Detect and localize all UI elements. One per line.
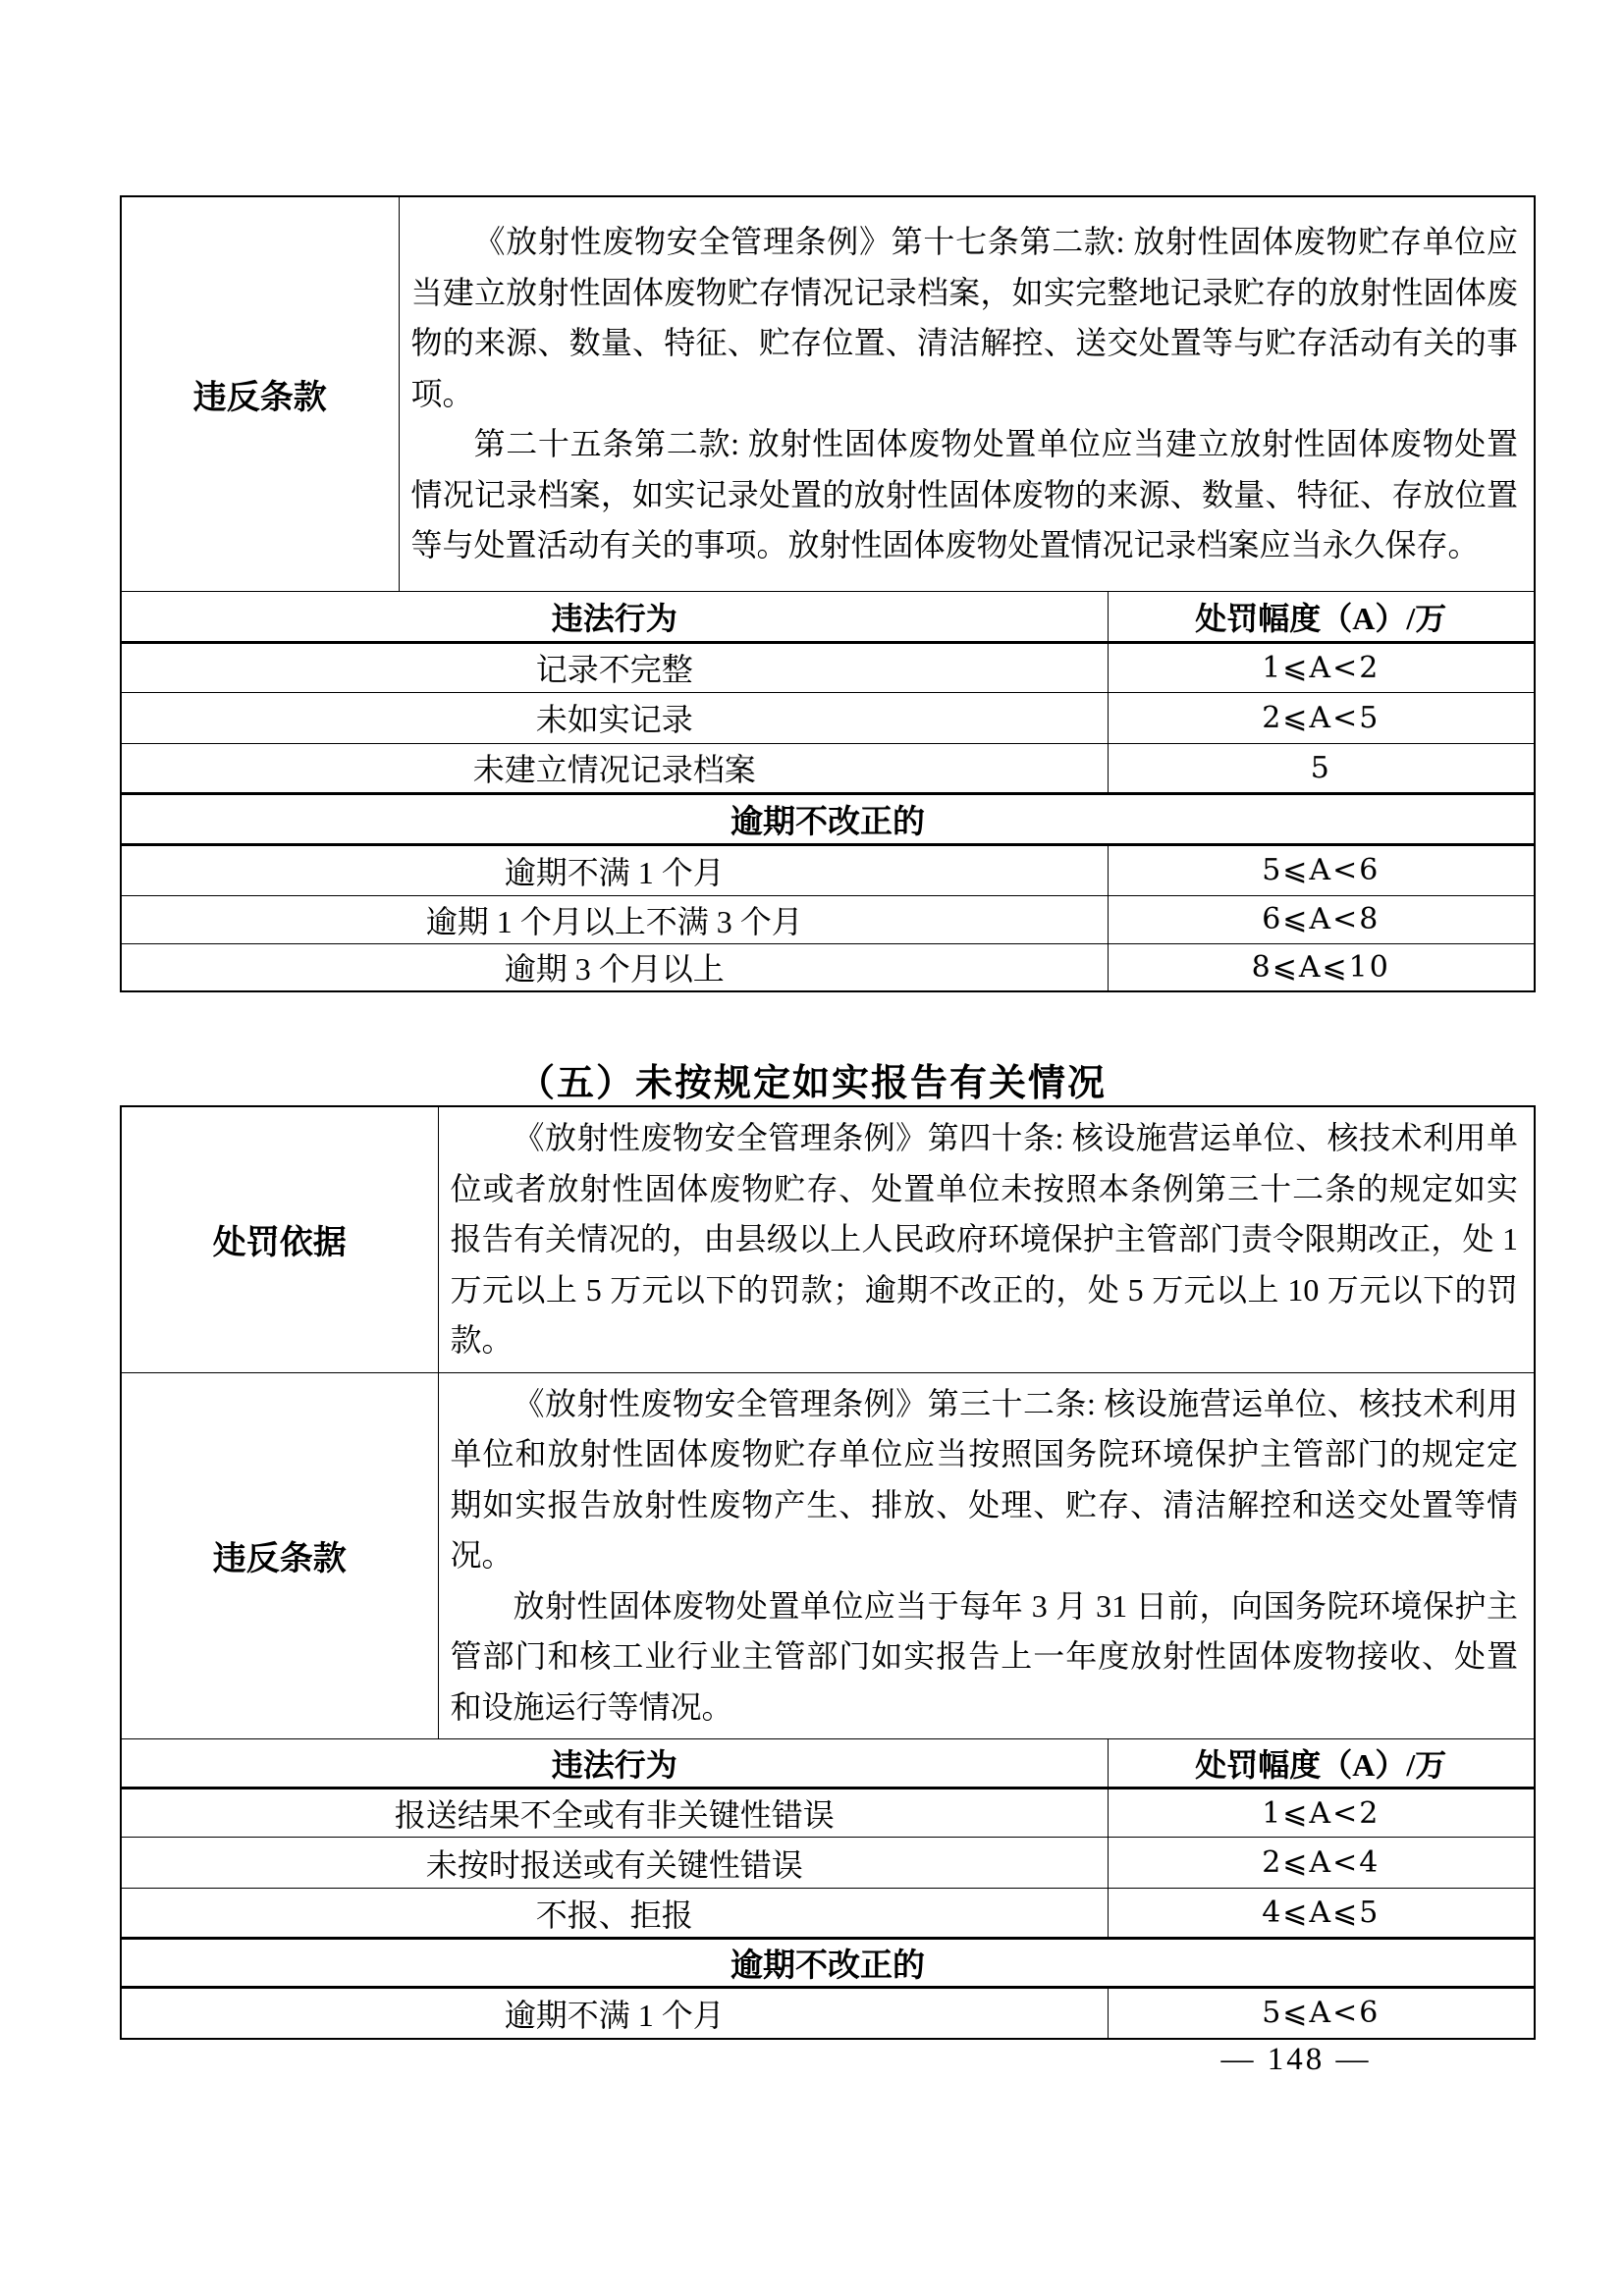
section-title: （五）未按规定如实报告有关情况 [0, 1052, 1624, 1106]
clause-text-cell: 《放射性废物安全管理条例》第十七条第二款: 放射性固体废物贮存单位应当建立放射性… [399, 196, 1535, 591]
column-header-range: 处罚幅度（A）/万 [1108, 1739, 1535, 1789]
range-cell: 2⩽A<4 [1108, 1838, 1535, 1889]
table-row: 未如实记录 2⩽A<5 [121, 692, 1535, 743]
clause-paragraph: 《放射性废物安全管理条例》第三十二条: 核设施营运单位、核技术利用单位和放射性固… [451, 1379, 1519, 1581]
overdue-section-row: 逾期不改正的 [121, 1939, 1535, 1988]
table-row: 逾期 3 个月以上 8⩽A⩽10 [121, 943, 1535, 991]
range-cell: 5⩽A<6 [1108, 1988, 1535, 2039]
basis-paragraph: 《放射性废物安全管理条例》第四十条: 核设施营运单位、核技术利用单位或者放射性固… [451, 1113, 1519, 1366]
clause-paragraph: 第二十五条第二款: 放射性固体废物处置单位应当建立放射性固体废物处置情况记录档案… [411, 419, 1519, 571]
behavior-cell: 未如实记录 [121, 692, 1108, 743]
table-row: 不报、拒报 4⩽A⩽5 [121, 1889, 1535, 1939]
table-row: 逾期 1 个月以上不满 3 个月 6⩽A<8 [121, 895, 1535, 943]
overdue-section-header: 逾期不改正的 [121, 1939, 1535, 1988]
penalty-table-records: 违反条款 《放射性废物安全管理条例》第十七条第二款: 放射性固体废物贮存单位应当… [120, 195, 1536, 992]
range-cell: 2⩽A<5 [1108, 692, 1535, 743]
table-row: 逾期不满 1 个月 5⩽A<6 [121, 1988, 1535, 2039]
basis-label-cell: 处罚依据 [121, 1106, 438, 1372]
behavior-cell: 逾期不满 1 个月 [121, 844, 1108, 895]
behavior-cell: 报送结果不全或有非关键性错误 [121, 1789, 1108, 1838]
penalty-table-report: 处罚依据 《放射性废物安全管理条例》第四十条: 核设施营运单位、核技术利用单位或… [120, 1105, 1536, 2040]
table-row: 违反条款 《放射性废物安全管理条例》第十七条第二款: 放射性固体废物贮存单位应当… [121, 196, 1535, 591]
column-header-behavior: 违法行为 [121, 591, 1108, 642]
behavior-cell: 逾期 1 个月以上不满 3 个月 [121, 895, 1108, 943]
behavior-cell: 不报、拒报 [121, 1889, 1108, 1939]
behavior-cell: 未按时报送或有关键性错误 [121, 1838, 1108, 1889]
range-cell: 1⩽A<2 [1108, 642, 1535, 692]
table-row: 记录不完整 1⩽A<2 [121, 642, 1535, 692]
behavior-cell: 逾期不满 1 个月 [121, 1988, 1108, 2039]
table-row: 报送结果不全或有非关键性错误 1⩽A<2 [121, 1789, 1535, 1838]
overdue-section-row: 逾期不改正的 [121, 793, 1535, 844]
clause-label-cell: 违反条款 [121, 1372, 438, 1739]
range-cell: 6⩽A<8 [1108, 895, 1535, 943]
document-page: 违反条款 《放射性废物安全管理条例》第十七条第二款: 放射性固体废物贮存单位应当… [0, 0, 1624, 2296]
clause-text-cell: 《放射性废物安全管理条例》第三十二条: 核设施营运单位、核技术利用单位和放射性固… [438, 1372, 1535, 1739]
behavior-cell: 未建立情况记录档案 [121, 743, 1108, 793]
clause-label-cell: 违反条款 [121, 196, 399, 591]
table-header-row: 违法行为 处罚幅度（A）/万 [121, 1739, 1535, 1789]
behavior-cell: 逾期 3 个月以上 [121, 943, 1108, 991]
behavior-cell: 记录不完整 [121, 642, 1108, 692]
range-cell: 4⩽A⩽5 [1108, 1889, 1535, 1939]
table-header-row: 违法行为 处罚幅度（A）/万 [121, 591, 1535, 642]
table-row: 逾期不满 1 个月 5⩽A<6 [121, 844, 1535, 895]
range-cell: 5 [1108, 743, 1535, 793]
column-header-behavior: 违法行为 [121, 1739, 1108, 1789]
table-row: 处罚依据 《放射性废物安全管理条例》第四十条: 核设施营运单位、核技术利用单位或… [121, 1106, 1535, 1372]
basis-text-cell: 《放射性废物安全管理条例》第四十条: 核设施营运单位、核技术利用单位或者放射性固… [438, 1106, 1535, 1372]
table-row: 未按时报送或有关键性错误 2⩽A<4 [121, 1838, 1535, 1889]
column-header-range: 处罚幅度（A）/万 [1108, 591, 1535, 642]
range-cell: 8⩽A⩽10 [1108, 943, 1535, 991]
overdue-section-header: 逾期不改正的 [121, 793, 1535, 844]
clause-paragraph: 《放射性废物安全管理条例》第十七条第二款: 放射性固体废物贮存单位应当建立放射性… [411, 217, 1519, 419]
table-row: 未建立情况记录档案 5 [121, 743, 1535, 793]
table-row: 违反条款 《放射性废物安全管理条例》第三十二条: 核设施营运单位、核技术利用单位… [121, 1372, 1535, 1739]
range-cell: 1⩽A<2 [1108, 1789, 1535, 1838]
range-cell: 5⩽A<6 [1108, 844, 1535, 895]
page-number: — 148 — [1139, 2042, 1453, 2078]
clause-paragraph: 放射性固体废物处置单位应当于每年 3 月 31 日前，向国务院环境保护主管部门和… [451, 1581, 1519, 1734]
